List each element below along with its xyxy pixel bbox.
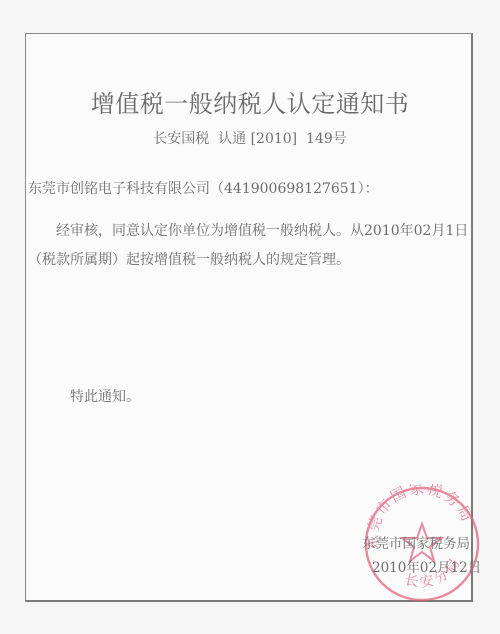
- body-paragraph-line-2: （税款所属期）起按增值税一般纳税人的规定管理。: [28, 249, 350, 269]
- document-number: 长安国税 认通 [2010] 149号: [0, 128, 500, 148]
- closing-line: 特此通知。: [70, 386, 140, 406]
- issue-date: 2010年02月12日: [372, 556, 481, 576]
- body-paragraph-line-1: 经审核，同意认定你单位为增值税一般纳税人。从2010年02月1日: [56, 220, 468, 240]
- document-title: 增值税一般纳税人认定通知书: [0, 84, 500, 119]
- issuer-signature: 东莞市国家税务局: [362, 532, 470, 552]
- addressee-line: 东莞市创铭电子科技有限公司（441900698127651）：: [28, 178, 379, 198]
